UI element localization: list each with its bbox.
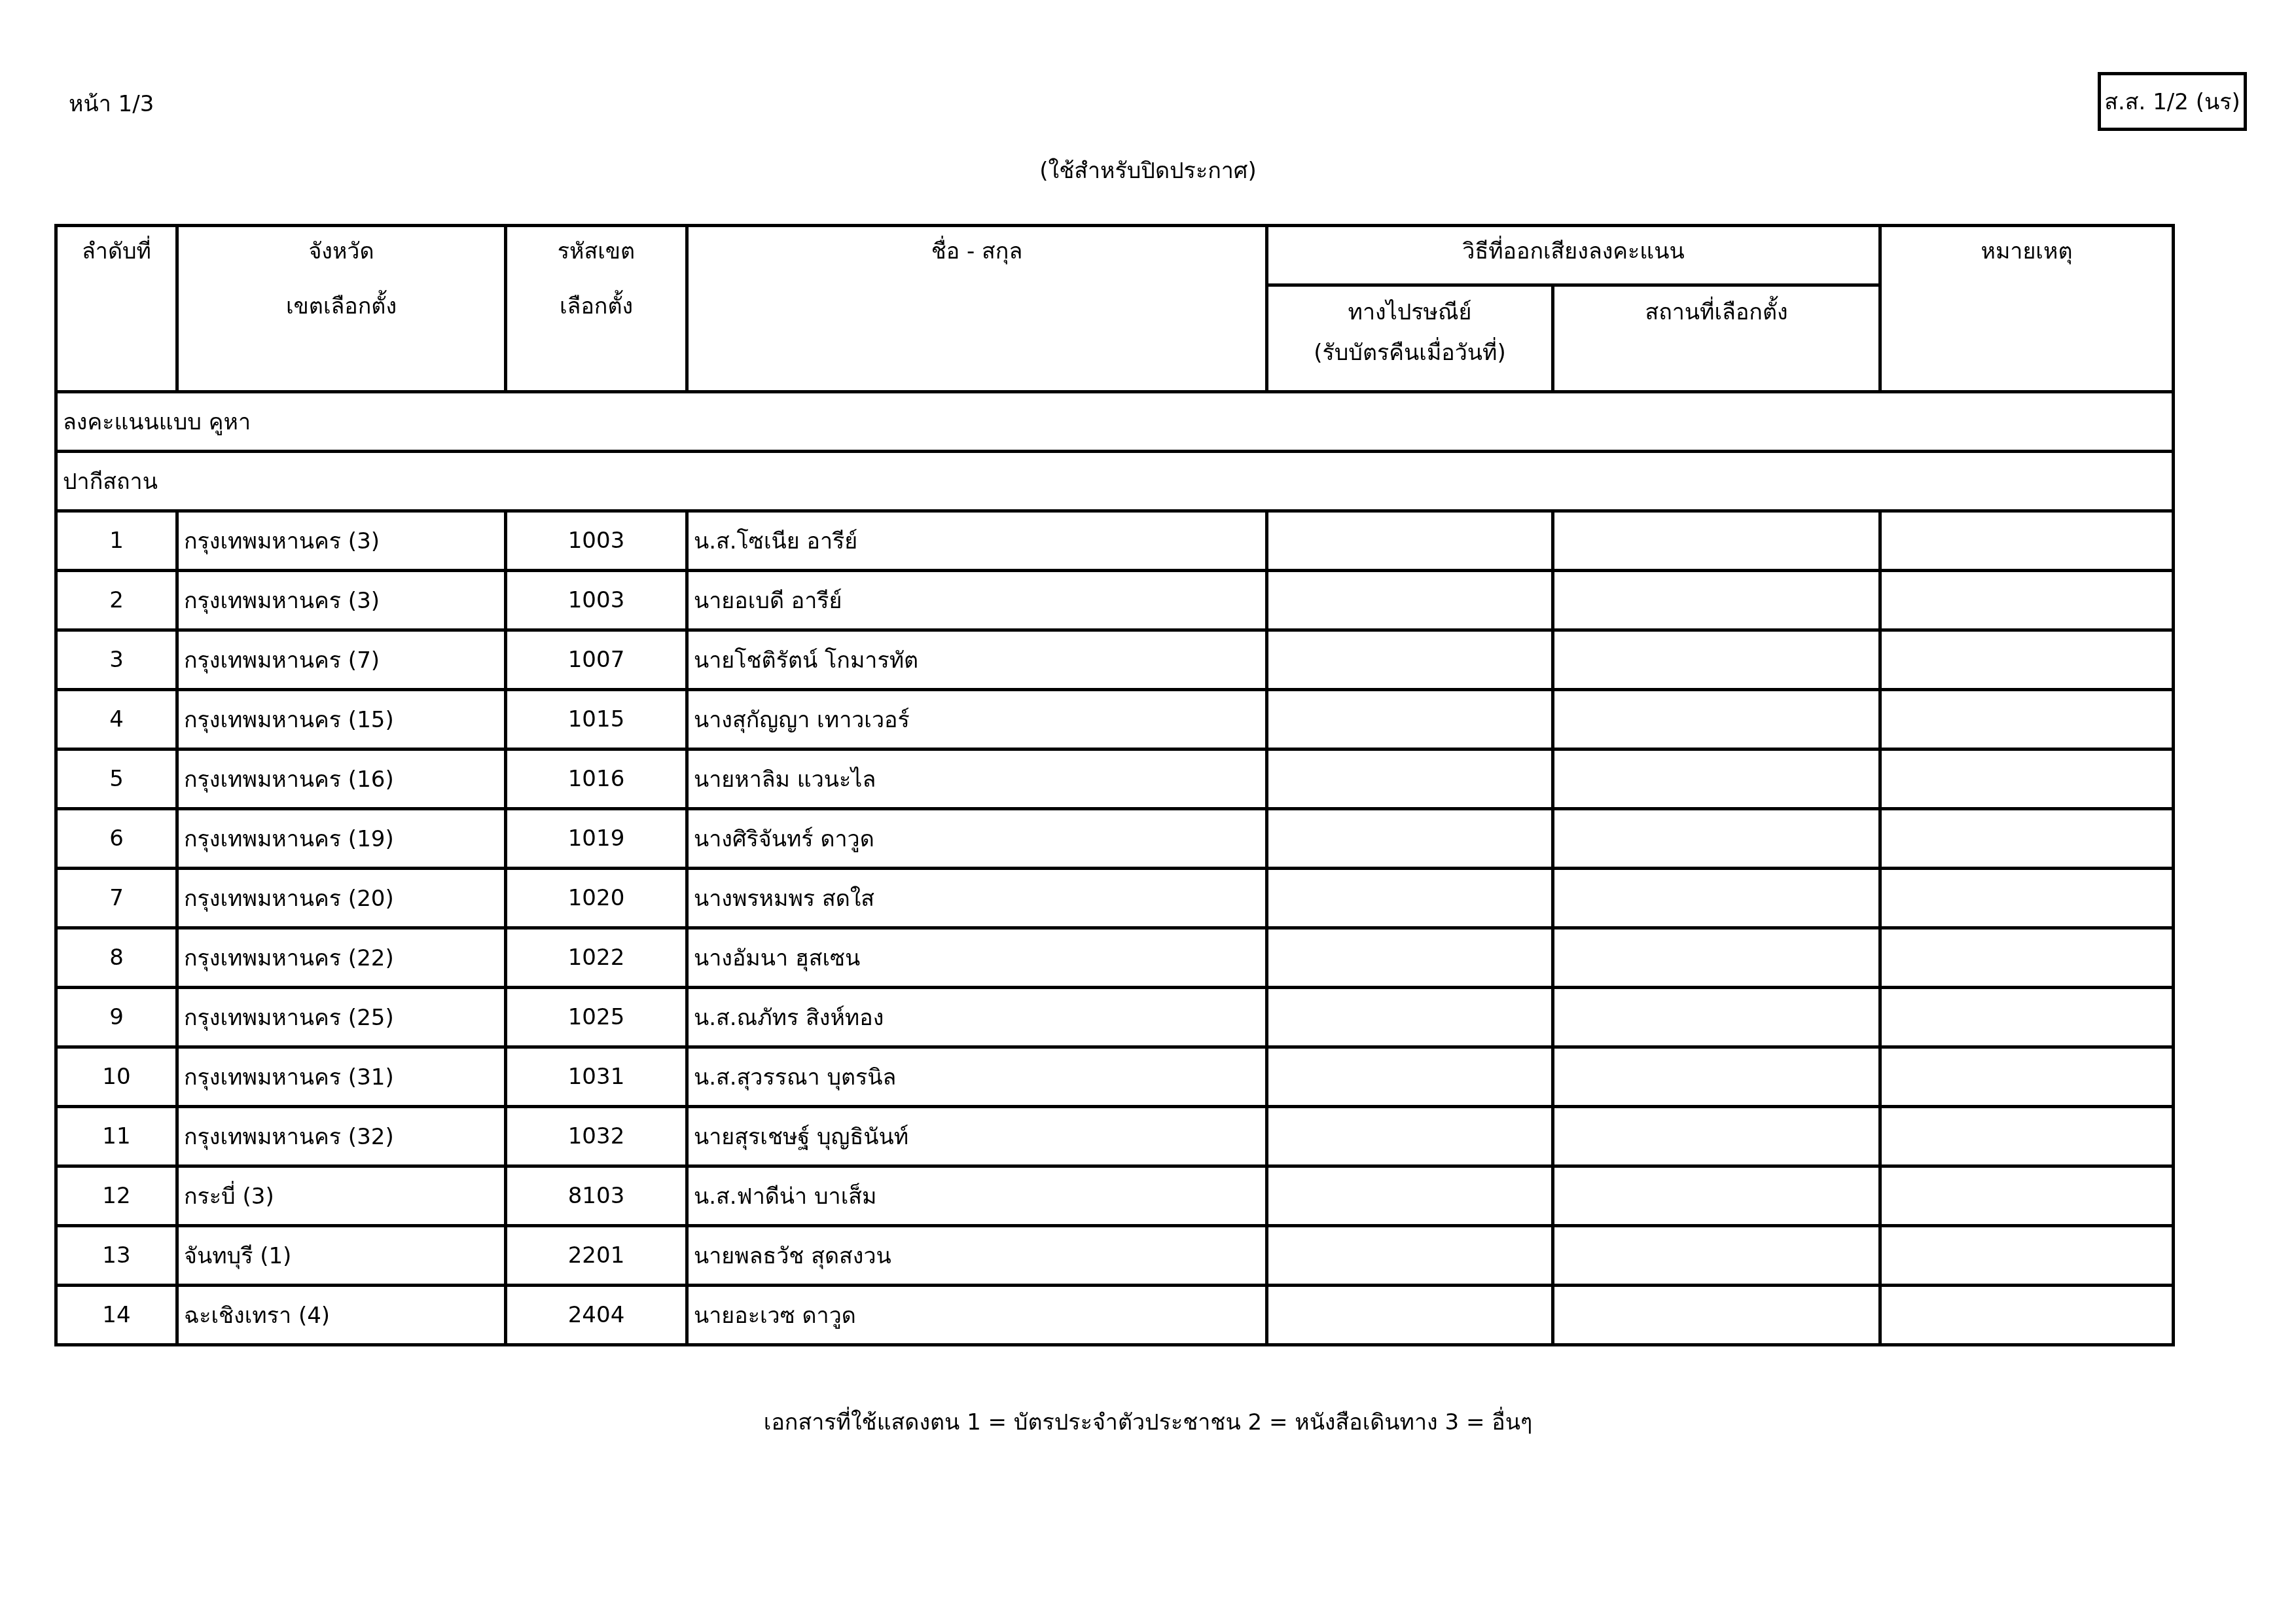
row-postal-cell <box>1267 571 1553 630</box>
row-name: น.ส.สุวรรณา บุตรนิล <box>687 1047 1267 1107</box>
row-postal-cell <box>1267 690 1553 749</box>
form-code-box: ส.ส. 1/2 (นร) <box>2098 72 2247 131</box>
row-remarks-cell <box>1880 809 2174 869</box>
row-station-cell <box>1553 749 1880 809</box>
form-code: ส.ส. 1/2 (นร) <box>2104 84 2240 119</box>
row-seq: 7 <box>56 869 177 928</box>
row-seq: 5 <box>56 749 177 809</box>
row-postal-cell <box>1267 511 1553 571</box>
row-district-code: 1015 <box>506 690 687 749</box>
row-name: น.ส.ฟาดีน่า บาเส็ม <box>687 1166 1267 1226</box>
table-row: 9กรุงเทพมหานคร (25)1025น.ส.ณภัทร สิงห์ทอ… <box>56 988 2174 1047</box>
row-postal-cell <box>1267 869 1553 928</box>
table-row: 3กรุงเทพมหานคร (7)1007นายโชติรัตน์ โกมาร… <box>56 630 2174 690</box>
row-postal-cell <box>1267 1226 1553 1286</box>
row-name: นางอัมนา ฮุสเซน <box>687 928 1267 988</box>
row-remarks-cell <box>1880 988 2174 1047</box>
row-postal-cell <box>1267 1166 1553 1226</box>
row-district-code: 1025 <box>506 988 687 1047</box>
row-name: นายพลธวัช สุดสงวน <box>687 1226 1267 1286</box>
row-seq: 14 <box>56 1286 177 1345</box>
row-name: นางศิริจันทร์ ดาวูด <box>687 809 1267 869</box>
row-district-code: 8103 <box>506 1166 687 1226</box>
row-name: นายอเบดี อารีย์ <box>687 571 1267 630</box>
row-remarks-cell <box>1880 511 2174 571</box>
row-name: นายหาลิม แวนะไล <box>687 749 1267 809</box>
table-row: 13จันทบุรี (1)2201นายพลธวัช สุดสงวน <box>56 1226 2174 1286</box>
row-name: น.ส.โซเนีย อารีย์ <box>687 511 1267 571</box>
row-district-code: 1016 <box>506 749 687 809</box>
row-remarks-cell <box>1880 1047 2174 1107</box>
row-district-code: 1003 <box>506 511 687 571</box>
row-station-cell <box>1553 928 1880 988</box>
page-number: หน้า 1/3 <box>69 89 154 119</box>
row-station-cell <box>1553 1226 1880 1286</box>
table-row: 8กรุงเทพมหานคร (22)1022นางอัมนา ฮุสเซน <box>56 928 2174 988</box>
document-subtitle: (ใช้สำหรับปิดประกาศ) <box>0 156 2296 186</box>
row-district-code: 1022 <box>506 928 687 988</box>
row-province: กรุงเทพมหานคร (7) <box>177 630 506 690</box>
row-remarks-cell <box>1880 690 2174 749</box>
row-station-cell <box>1553 511 1880 571</box>
row-province: กรุงเทพมหานคร (15) <box>177 690 506 749</box>
row-remarks-cell <box>1880 1226 2174 1286</box>
row-province: จันทบุรี (1) <box>177 1226 506 1286</box>
row-seq: 2 <box>56 571 177 630</box>
section-vote-type-row: ลงคะแนนแบบ คูหา <box>56 392 2174 452</box>
voter-list-table: ลำดับที่ จังหวัด เขตเลือกตั้ง รหัสเขต เล… <box>54 224 2175 1346</box>
section-country: ปากีสถาน <box>56 452 2174 511</box>
row-district-code: 2404 <box>506 1286 687 1345</box>
section-country-row: ปากีสถาน <box>56 452 2174 511</box>
row-district-code: 1019 <box>506 809 687 869</box>
row-postal-cell <box>1267 749 1553 809</box>
row-province: ฉะเชิงเทรา (4) <box>177 1286 506 1345</box>
row-station-cell <box>1553 1107 1880 1166</box>
header-voting-method: วิธีที่ออกเสียงลงคะแนน <box>1267 226 1880 285</box>
row-district-code: 1020 <box>506 869 687 928</box>
row-name: นายโชติรัตน์ โกมารทัต <box>687 630 1267 690</box>
table-row: 10กรุงเทพมหานคร (31)1031น.ส.สุวรรณา บุตร… <box>56 1047 2174 1107</box>
row-name: นางพรหมพร สดใส <box>687 869 1267 928</box>
row-station-cell <box>1553 571 1880 630</box>
section-vote-type: ลงคะแนนแบบ คูหา <box>56 392 2174 452</box>
row-remarks-cell <box>1880 928 2174 988</box>
row-postal-cell <box>1267 1107 1553 1166</box>
header-seq: ลำดับที่ <box>56 226 177 392</box>
row-remarks-cell <box>1880 630 2174 690</box>
row-remarks-cell <box>1880 1166 2174 1226</box>
row-province: กรุงเทพมหานคร (31) <box>177 1047 506 1107</box>
row-province: กรุงเทพมหานคร (25) <box>177 988 506 1047</box>
row-district-code: 1007 <box>506 630 687 690</box>
table-row: 12กระบี่ (3)8103น.ส.ฟาดีน่า บาเส็ม <box>56 1166 2174 1226</box>
row-district-code: 1032 <box>506 1107 687 1166</box>
row-seq: 3 <box>56 630 177 690</box>
header-province: จังหวัด เขตเลือกตั้ง <box>177 226 506 392</box>
row-seq: 12 <box>56 1166 177 1226</box>
row-station-cell <box>1553 869 1880 928</box>
row-postal-cell <box>1267 928 1553 988</box>
row-station-cell <box>1553 1286 1880 1345</box>
header-postal: ทางไปรษณีย์ (รับบัตรคืนเมื่อวันที่) <box>1267 285 1553 392</box>
row-province: กรุงเทพมหานคร (19) <box>177 809 506 869</box>
table-row: 14ฉะเชิงเทรา (4)2404นายอะเวซ ดาวูด <box>56 1286 2174 1345</box>
row-seq: 1 <box>56 511 177 571</box>
row-seq: 10 <box>56 1047 177 1107</box>
row-remarks-cell <box>1880 1107 2174 1166</box>
row-postal-cell <box>1267 988 1553 1047</box>
row-seq: 11 <box>56 1107 177 1166</box>
row-remarks-cell <box>1880 571 2174 630</box>
id-document-legend: เอกสารที่ใช้แสดงตน 1 = บัตรประจำตัวประชา… <box>0 1407 2296 1437</box>
row-station-cell <box>1553 1047 1880 1107</box>
row-seq: 6 <box>56 809 177 869</box>
table-row: 4กรุงเทพมหานคร (15)1015นางสุกัญญา เทาวเว… <box>56 690 2174 749</box>
row-name: นายอะเวซ ดาวูด <box>687 1286 1267 1345</box>
row-province: กรุงเทพมหานคร (22) <box>177 928 506 988</box>
header-polling-station: สถานที่เลือกตั้ง <box>1553 285 1880 392</box>
table-row: 5กรุงเทพมหานคร (16)1016นายหาลิม แวนะไล <box>56 749 2174 809</box>
row-remarks-cell <box>1880 1286 2174 1345</box>
row-remarks-cell <box>1880 869 2174 928</box>
row-province: กรุงเทพมหานคร (16) <box>177 749 506 809</box>
header-name: ชื่อ - สกุล <box>687 226 1267 392</box>
row-seq: 13 <box>56 1226 177 1286</box>
table-row: 2กรุงเทพมหานคร (3)1003นายอเบดี อารีย์ <box>56 571 2174 630</box>
table-row: 11กรุงเทพมหานคร (32)1032นายสุรเชษฐ์ บุญธ… <box>56 1107 2174 1166</box>
row-province: กระบี่ (3) <box>177 1166 506 1226</box>
row-remarks-cell <box>1880 749 2174 809</box>
row-district-code: 2201 <box>506 1226 687 1286</box>
row-province: กรุงเทพมหานคร (32) <box>177 1107 506 1166</box>
row-postal-cell <box>1267 1047 1553 1107</box>
row-seq: 8 <box>56 928 177 988</box>
header-district-code: รหัสเขต เลือกตั้ง <box>506 226 687 392</box>
row-station-cell <box>1553 988 1880 1047</box>
row-postal-cell <box>1267 630 1553 690</box>
row-name: นายสุรเชษฐ์ บุญธินันท์ <box>687 1107 1267 1166</box>
row-province: กรุงเทพมหานคร (3) <box>177 511 506 571</box>
row-station-cell <box>1553 630 1880 690</box>
row-postal-cell <box>1267 1286 1553 1345</box>
table-row: 7กรุงเทพมหานคร (20)1020นางพรหมพร สดใส <box>56 869 2174 928</box>
row-station-cell <box>1553 690 1880 749</box>
row-name: น.ส.ณภัทร สิงห์ทอง <box>687 988 1267 1047</box>
table-row: 1กรุงเทพมหานคร (3)1003น.ส.โซเนีย อารีย์ <box>56 511 2174 571</box>
header-remarks: หมายเหตุ <box>1880 226 2174 392</box>
row-district-code: 1003 <box>506 571 687 630</box>
row-province: กรุงเทพมหานคร (20) <box>177 869 506 928</box>
row-seq: 9 <box>56 988 177 1047</box>
row-station-cell <box>1553 1166 1880 1226</box>
row-postal-cell <box>1267 809 1553 869</box>
row-station-cell <box>1553 809 1880 869</box>
row-district-code: 1031 <box>506 1047 687 1107</box>
row-seq: 4 <box>56 690 177 749</box>
table-row: 6กรุงเทพมหานคร (19)1019นางศิริจันทร์ ดาว… <box>56 809 2174 869</box>
row-province: กรุงเทพมหานคร (3) <box>177 571 506 630</box>
row-name: นางสุกัญญา เทาวเวอร์ <box>687 690 1267 749</box>
